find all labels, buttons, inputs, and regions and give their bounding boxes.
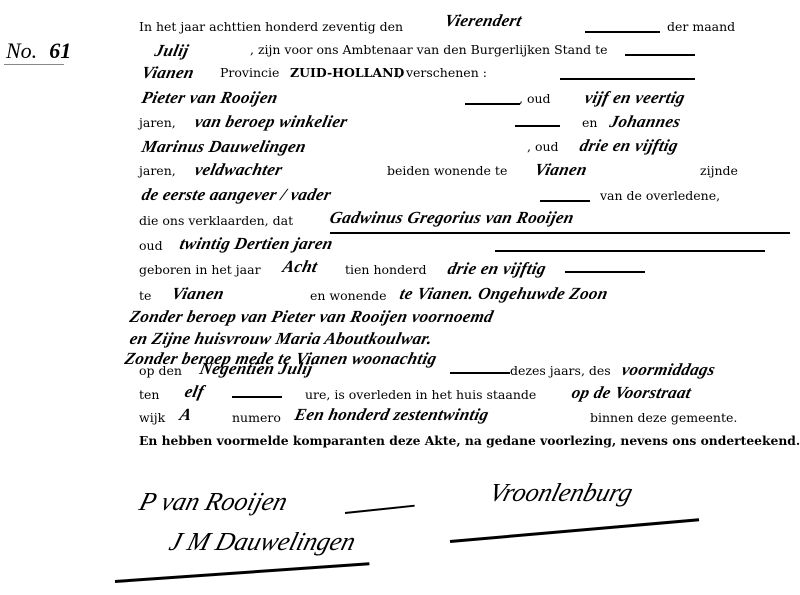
handwritten-month: Julij bbox=[153, 42, 190, 59]
handwritten-street: op de Voorstraat bbox=[570, 384, 693, 401]
printed-text: beiden wonende te bbox=[387, 165, 507, 178]
fill-line bbox=[540, 200, 590, 202]
printed-text: der maand bbox=[667, 21, 735, 34]
fill-line bbox=[450, 372, 510, 374]
handwritten-occupation: veldwachter bbox=[193, 161, 284, 178]
printed-text: en wonende bbox=[310, 290, 387, 303]
handwritten-age: vijf en veertig bbox=[583, 89, 686, 106]
printed-text: oud bbox=[139, 240, 163, 253]
act-number-value: 61 bbox=[49, 38, 71, 63]
printed-text: ure, is overleden in het huis staande bbox=[305, 389, 536, 402]
handwritten-occupation: van beroep winkelier bbox=[193, 113, 349, 130]
handwritten-time-of-day: voormiddags bbox=[620, 361, 717, 378]
fill-line bbox=[465, 103, 520, 105]
printed-text: die ons verklaarden, dat bbox=[139, 215, 293, 228]
handwritten-residence: te Vianen. Ongehuwde Zoon bbox=[398, 285, 609, 302]
handwritten-name: Pieter van Rooijen bbox=[140, 89, 279, 106]
printed-text: , verschenen : bbox=[398, 67, 487, 80]
handwritten-parents: en Zijne huisvrouw Maria Aboutkoulwar. bbox=[128, 330, 434, 347]
printed-text: , oud bbox=[519, 93, 551, 106]
signature-2: J M Dauwelingen bbox=[166, 527, 359, 557]
handwritten-relation: de eerste aangever / vader bbox=[140, 186, 333, 203]
act-number-underline bbox=[4, 64, 64, 65]
printed-text: van de overledene, bbox=[600, 190, 720, 203]
printed-text: , zijn voor ons Ambtenaar van den Burger… bbox=[250, 44, 608, 57]
handwritten-date: Negentien Julij bbox=[198, 360, 314, 377]
printed-text: binnen deze gemeente. bbox=[590, 412, 737, 425]
fill-line bbox=[625, 54, 695, 56]
handwritten-place: Vianen bbox=[140, 64, 196, 81]
printed-text: geboren in het jaar bbox=[139, 264, 261, 277]
signature-3: Vroonlenburg bbox=[486, 478, 636, 508]
fill-line bbox=[495, 250, 765, 252]
printed-text: jaren, bbox=[139, 117, 176, 130]
handwritten-day: Vierendert bbox=[443, 12, 523, 29]
underline bbox=[330, 232, 790, 234]
printed-text: numero bbox=[232, 412, 281, 425]
printed-text: In het jaar achttien honderd zeventig de… bbox=[139, 21, 403, 34]
printed-text: ten bbox=[139, 389, 159, 402]
closing-statement: En hebben voormelde komparanten deze Akt… bbox=[139, 435, 800, 447]
fill-line bbox=[565, 271, 645, 273]
printed-text: , oud bbox=[527, 141, 559, 154]
printed-text: dezes jaars, des bbox=[510, 365, 611, 378]
handwritten-year: Acht bbox=[281, 258, 319, 275]
signature-flourish bbox=[450, 518, 699, 543]
handwritten-age: drie en vijftig bbox=[578, 137, 680, 154]
printed-text: jaren, bbox=[139, 165, 176, 178]
handwritten-place: Vianen bbox=[170, 285, 226, 302]
printed-text: en bbox=[582, 117, 597, 130]
printed-text: zijnde bbox=[700, 165, 738, 178]
fill-line bbox=[585, 31, 660, 33]
handwritten-year: drie en vijftig bbox=[446, 260, 548, 277]
signature-1: P van Rooijen bbox=[136, 487, 291, 517]
printed-text: wijk bbox=[139, 412, 165, 425]
handwritten-deceased-name: Gadwinus Gregorius van Rooijen bbox=[328, 209, 575, 226]
handwritten-hour: elf bbox=[183, 383, 205, 400]
act-number: No.61 bbox=[6, 38, 71, 64]
fill-line bbox=[232, 396, 282, 398]
signature-flourish bbox=[115, 562, 370, 583]
printed-text: op den bbox=[139, 365, 182, 378]
handwritten-parents: Zonder beroep van Pieter van Rooijen voo… bbox=[128, 308, 495, 325]
handwritten-name: Marinus Dauwelingen bbox=[140, 138, 308, 155]
handwritten-house-number: Een honderd zestentwintig bbox=[293, 406, 490, 423]
handwritten-place: Vianen bbox=[533, 161, 589, 178]
printed-text: tien honderd bbox=[345, 264, 426, 277]
act-number-label: No. bbox=[6, 38, 37, 63]
fill-line bbox=[560, 78, 695, 80]
handwritten-name: Johannes bbox=[608, 113, 682, 130]
handwritten-age: twintig Dertien jaren bbox=[178, 235, 334, 252]
fill-line bbox=[515, 125, 560, 127]
signature-flourish bbox=[345, 505, 415, 514]
printed-text: Provincie bbox=[220, 67, 279, 80]
province-name: ZUID-HOLLAND bbox=[290, 67, 404, 80]
printed-text: te bbox=[139, 290, 151, 303]
handwritten-ward: A bbox=[178, 406, 193, 423]
